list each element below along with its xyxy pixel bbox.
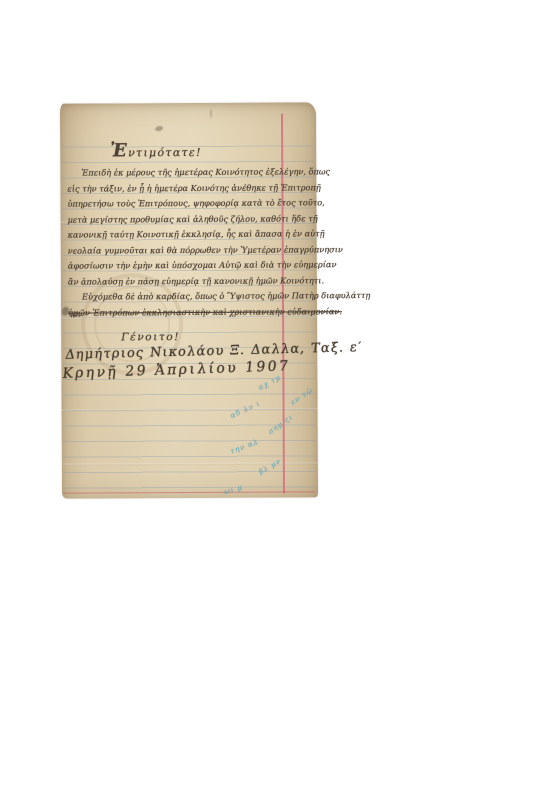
manuscript-line: κανονικῇ ταύτῃ Κοινοτικῇ ἐκκλησίᾳ, ἧς κα… — [68, 226, 312, 243]
manuscript-line: νεολαία γυμνοῦται καὶ θὰ πόρρωθεν τὴν Ὑμ… — [68, 242, 312, 259]
manuscript-line: εἰς τὴν τάξιν, ἐν ᾗ ἡ ἡμετέρα Κοινότης ἀ… — [67, 180, 311, 197]
manuscript-line: Ἐπειδὴ ἐκ μέρους τῆς ἡμετέρας Κοινότητος… — [67, 164, 311, 181]
manuscript-page: Ἐντιμότατε! Ἐπειδὴ ἐκ μέρους τῆς ἡμετέρα… — [60, 102, 318, 498]
manuscript-line: μετὰ μεγίστης προθυμίας καὶ ἀληθοῦς ζήλο… — [68, 211, 312, 228]
ink-smudge — [210, 109, 212, 118]
closing-word: Γένοιτο! — [121, 331, 180, 343]
manuscript-body: Ἐπειδὴ ἐκ μέρους τῆς ἡμετέρας Κοινότητος… — [67, 164, 312, 320]
manuscript-line: Εὐχόμεθα δὲ ἀπὸ καρδίας, ὅπως ὁ Ὕψιστος … — [68, 288, 312, 305]
manuscript-line-struck: ἡμῶν Ἐπιτρόπων ἐκκλησιαστικὴν καὶ χριστι… — [68, 304, 312, 321]
ink-smudge — [155, 125, 164, 132]
manuscript-line: ἂν ἀπολαύσῃ ἐν πάσῃ εὐημερίᾳ τῇ κανονικῇ… — [68, 273, 312, 290]
scan-background: Ἐντιμότατε! Ἐπειδὴ ἐκ μέρους τῆς ἡμετέρα… — [0, 0, 549, 800]
manuscript-line: ὑπηρετήσω τοὺς Ἐπιτρόπους, ψηφοφορίᾳ κατ… — [67, 195, 311, 212]
inserted-correction-word: τῶν — [69, 311, 82, 319]
salutation-title: Ἐντιμότατε! — [110, 140, 202, 161]
manuscript-line: ἀφοσίωσιν τὴν ἐμὴν καὶ ὑπόσχομαι Αὐτῷ κα… — [68, 257, 312, 274]
